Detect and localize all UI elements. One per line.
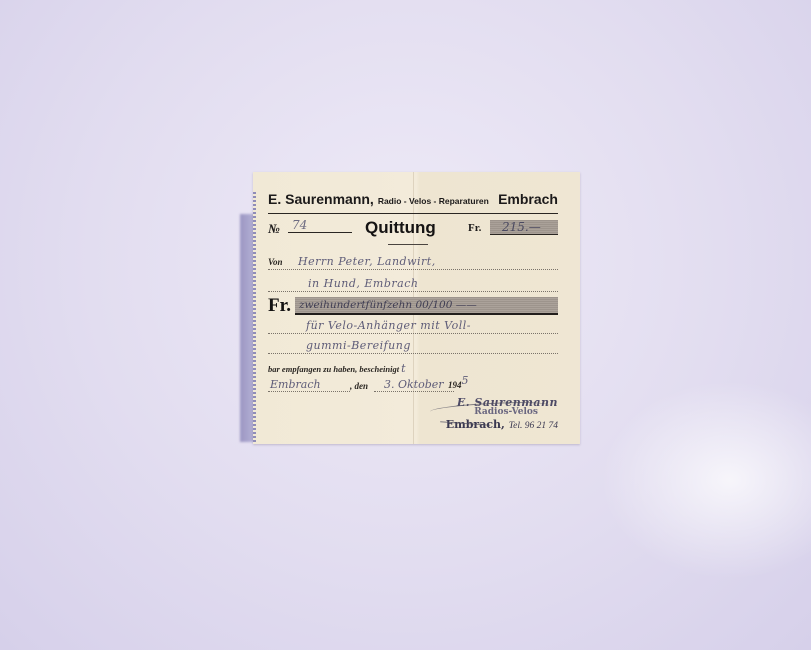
date-year-suffix: 5	[462, 374, 469, 387]
date-row: Embrach , den 3. Oktober 1945	[268, 374, 503, 392]
company-name: E. Saurenmann,	[268, 191, 374, 207]
amount-label: Fr.	[468, 222, 481, 234]
light-glare	[600, 380, 811, 580]
title-row: № 74 Quittung Fr. 215.—	[268, 218, 558, 240]
receipt-number: 74	[288, 218, 352, 233]
letterhead: E. Saurenmann,Radio - Velos - Reparature…	[268, 191, 558, 214]
amount-words-label: Fr.	[268, 295, 291, 317]
perforated-edge	[253, 192, 256, 444]
company-trade: Radio - Velos - Reparaturen	[378, 196, 489, 206]
from-line-2: in Hund, Embrach	[268, 273, 558, 292]
purpose-text-2: gummi-Bereifung	[306, 339, 411, 352]
date-year-prefix: 194	[448, 380, 462, 390]
amount-value: 215.—	[490, 220, 558, 235]
amount-in-words: zweihundertfünfzehn 00/100 ——	[295, 297, 558, 315]
purpose-line-2: gummi-Bereifung	[268, 335, 558, 354]
date-day: 3. Oktober	[374, 378, 454, 392]
date-place: Embrach	[268, 378, 350, 392]
stamp-phone: Tel. 96 21 74	[509, 421, 558, 431]
from-label: Von	[268, 257, 283, 267]
purpose-line-1: für Velo-Anhänger mit Voll-	[268, 315, 558, 334]
title-underline	[388, 244, 428, 245]
receipt-paper: E. Saurenmann,Radio - Velos - Reparature…	[253, 172, 580, 444]
amount-words-row: Fr. zweihundertfünfzehn 00/100 ——	[268, 295, 558, 317]
document-title: Quittung	[365, 218, 436, 238]
company-place: Embrach	[498, 191, 558, 207]
from-name: Herrn Peter, Landwirt,	[298, 255, 436, 268]
confirm-label: bar empfangen zu haben, bescheinigt	[268, 364, 399, 374]
from-address: in Hund, Embrach	[308, 277, 418, 290]
date-year: 1945	[448, 378, 469, 391]
date-den-label: , den	[350, 381, 368, 391]
purpose-text-1: für Velo-Anhänger mit Voll-	[306, 319, 471, 332]
from-line-1: Von Herrn Peter, Landwirt,	[268, 251, 558, 270]
number-label: №	[268, 221, 280, 237]
